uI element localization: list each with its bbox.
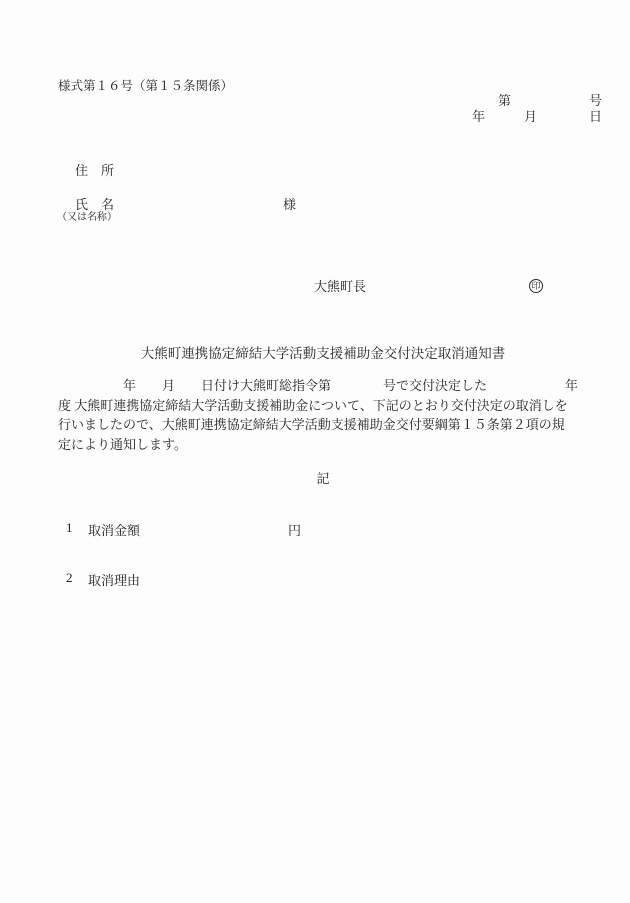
document-page: 様式第１６号（第１５条関係） 第 号 年 月 日 住 所 氏 名 様 （又は名称… [0,0,630,903]
item-row-cancel-amount: 1 取消金額 円 [0,520,630,536]
body-paragraph: 年 月 日付け大熊町総指令第 号で交付決定した 年 度 大熊町連携協定締結大学活… [58,376,574,454]
honorific-sama: 様 [283,197,296,213]
seal-stamp-icon: 印 [529,279,543,293]
name-alt-label: （又は名称） [57,212,117,224]
sender-title: 大熊町長 [314,279,366,295]
document-title: 大熊町連携協定締結大学活動支援補助金交付決定取消通知書 [58,342,588,362]
document-number-blank: 第 号 [498,93,602,109]
date-blank: 年 月 日 [472,109,602,125]
item-unit-yen: 円 [288,520,301,539]
form-number: 様式第１６号（第１５条関係） [58,79,233,94]
item-number: 2 [66,570,73,586]
item-label: 取消金額 [88,520,140,539]
item-label: 取消理由 [88,570,140,589]
address-label: 住 所 [75,163,114,179]
body-line: 年 月 日付け大熊町総指令第 号で交付決定した 年 [58,376,574,396]
body-line: 行いましたので、大熊町連携協定締結大学活動支援補助金交付要綱第１５条第２項の規 [58,415,574,435]
body-line: 度 大熊町連携協定締結大学活動支援補助金について、下記のとおり交付決定の取消しを [58,396,574,416]
body-line: 定により通知します。 [58,435,574,455]
item-number: 1 [66,520,73,536]
record-marker: 記 [58,468,588,487]
item-row-cancel-reason: 2 取消理由 [0,570,630,586]
name-label: 氏 名 [75,197,114,213]
